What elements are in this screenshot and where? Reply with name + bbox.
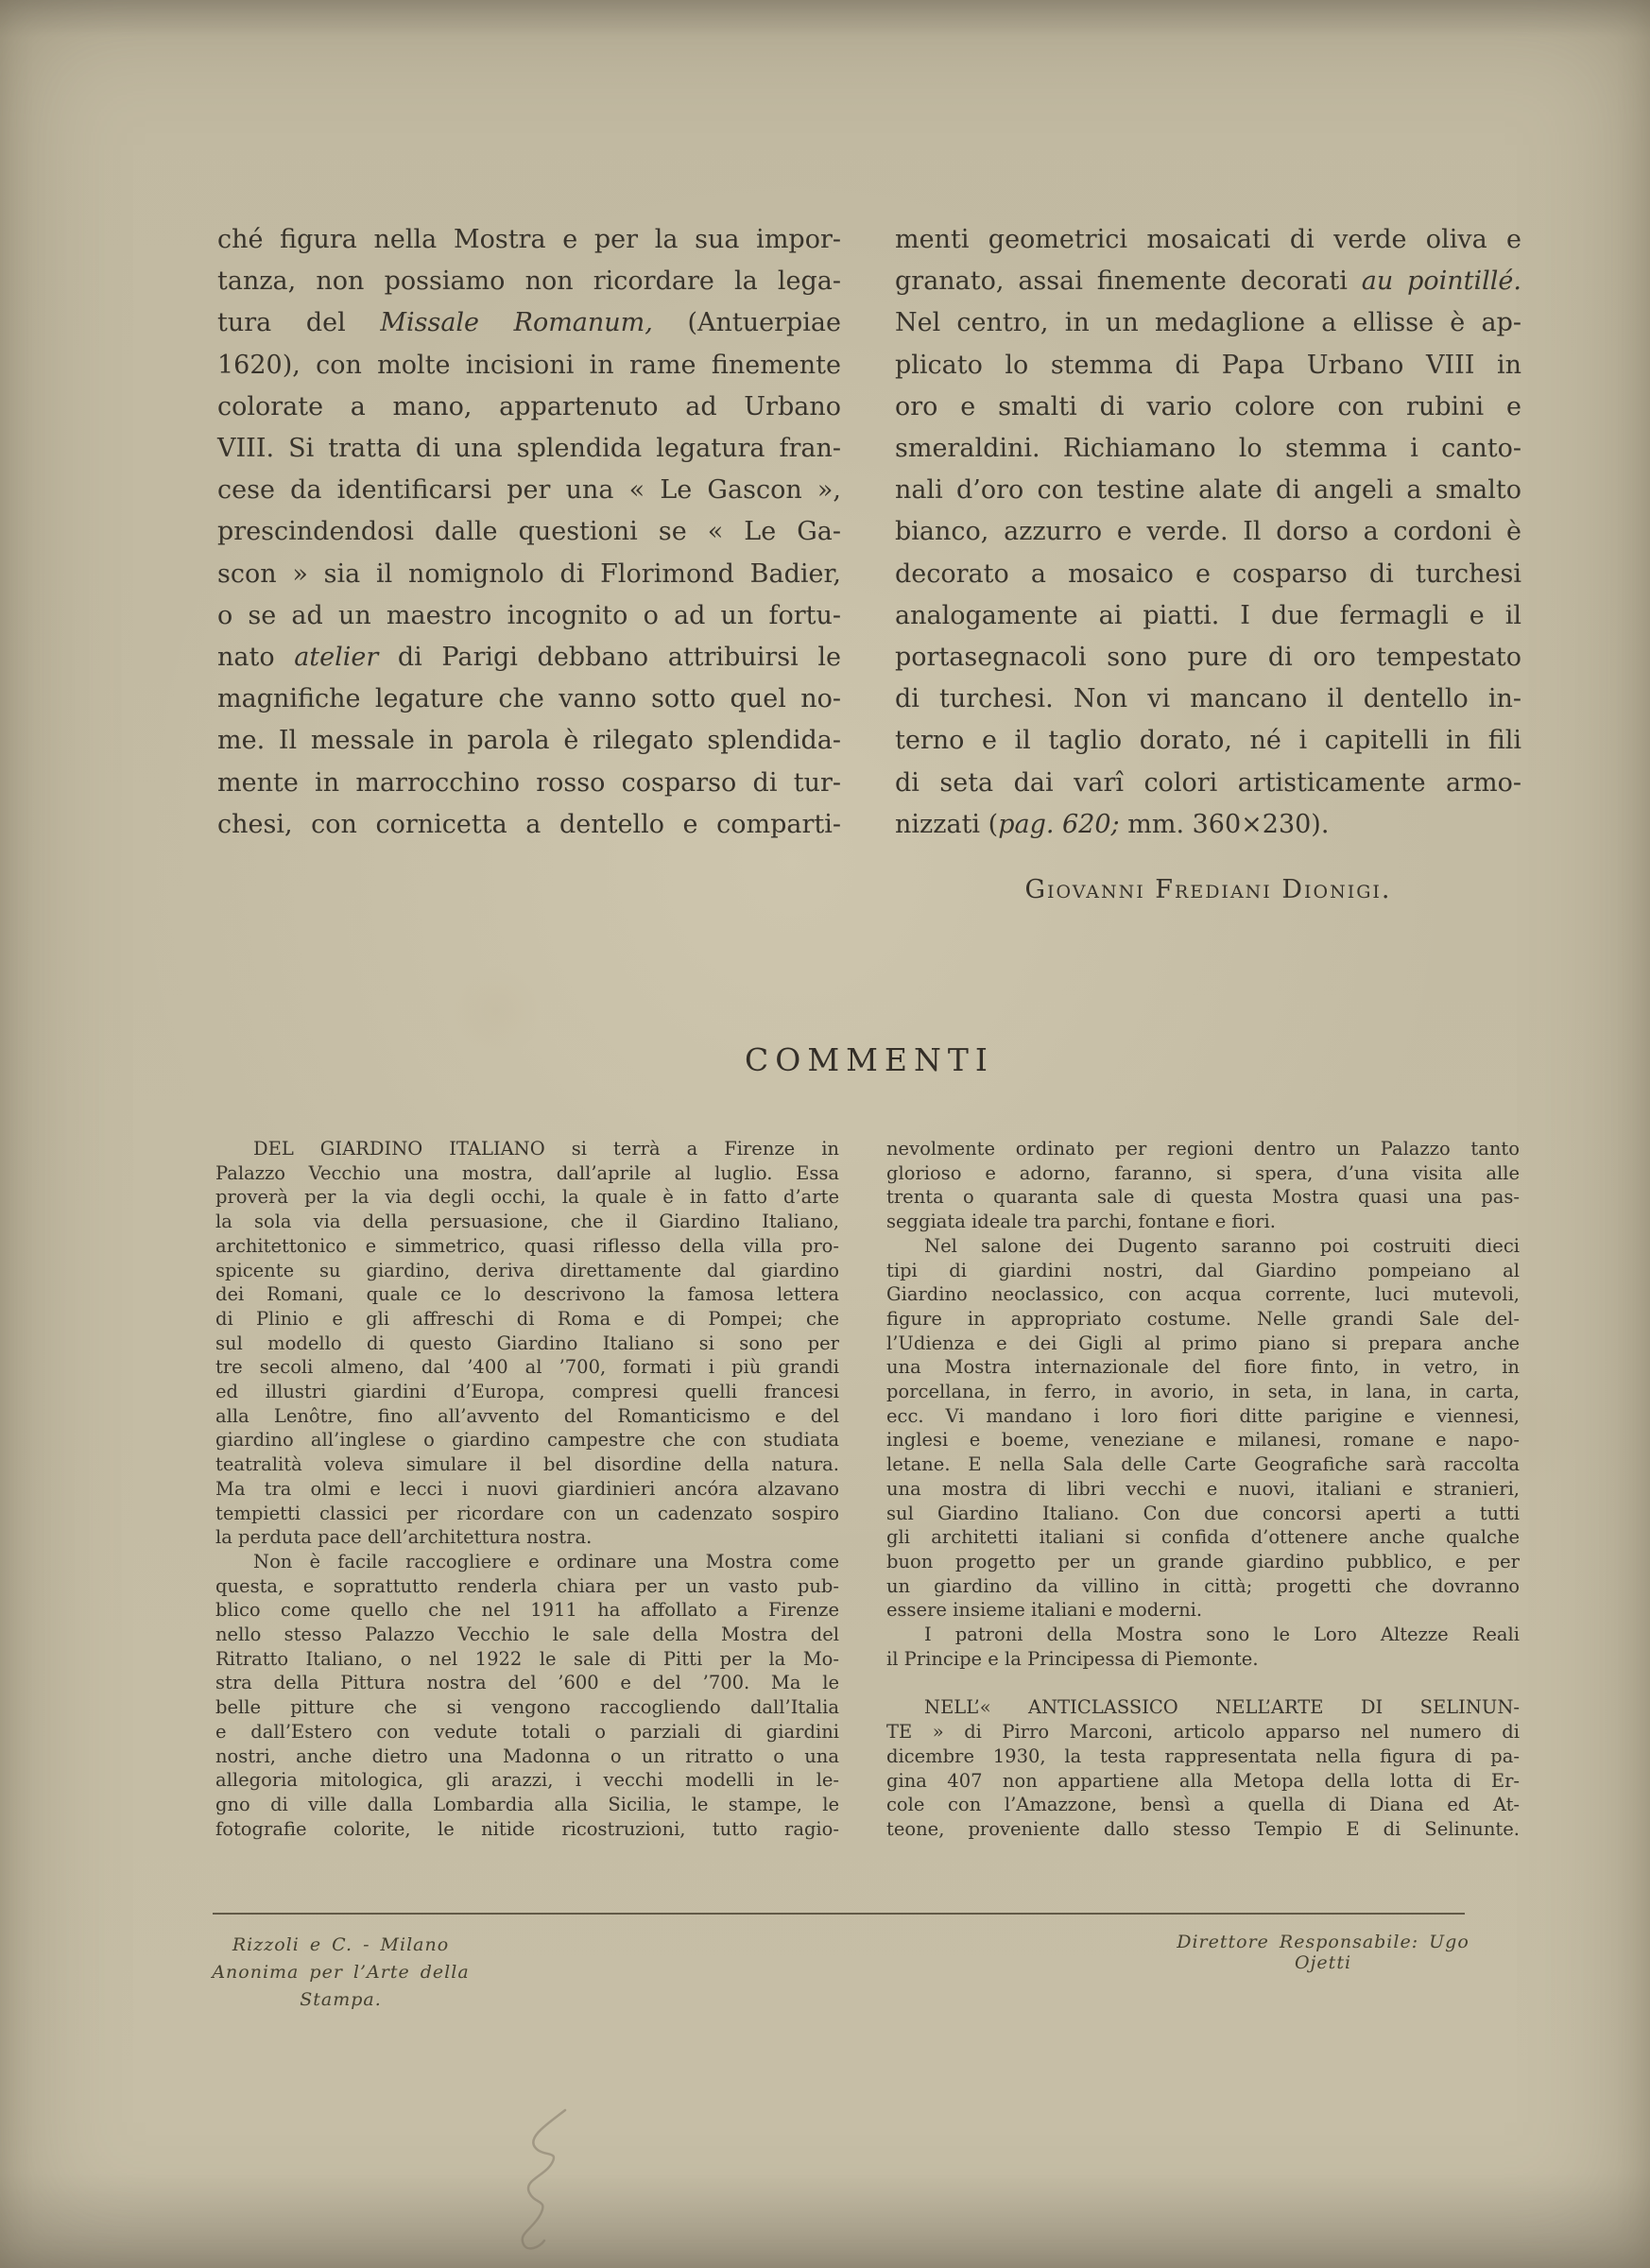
text-line: architettonico e simmetrico, quasi rifle…	[215, 1234, 839, 1259]
text-line: tanza, non possiamo non ricordare la leg…	[217, 261, 841, 302]
text-line: smeraldini. Richiamano lo stemma i canto…	[895, 428, 1521, 470]
text-line: dicembre 1930, la testa rappresentata ne…	[886, 1744, 1520, 1769]
commenti-left-column: DEL GIARDINO ITALIANO si terrà a Firenze…	[215, 1137, 839, 1841]
scanned-page: { "article": { "left_lines": [ {"t":"ché…	[0, 0, 1650, 2268]
text-line: 1620), con molte incisioni in rame finem…	[217, 345, 841, 387]
text-line: menti geometrici mosaicati di verde oliv…	[895, 219, 1521, 261]
text-line: ecc. Vi mandano i loro fiori ditte parig…	[886, 1404, 1520, 1429]
text-line: I patroni della Mostra sono le Loro Alte…	[886, 1623, 1520, 1647]
text-line: di turchesi. Non vi mancano il dentello …	[895, 679, 1521, 720]
text-line: stra della Pittura nostra del ’600 e del…	[215, 1671, 839, 1695]
text-line: o se ad un maestro incognito o ad un for…	[217, 595, 841, 637]
text-line: spicente su giardino, deriva direttament…	[215, 1259, 839, 1283]
text-line: Non è facile raccogliere e ordinare una …	[215, 1550, 839, 1574]
publisher-line: Rizzoli e C. - Milano	[206, 1932, 475, 1959]
text-line: Giardino neoclassico, con acqua corrente…	[886, 1282, 1520, 1307]
text-line: Nel centro, in un medaglione a ellisse è…	[895, 302, 1521, 344]
text-line: letane. E nella Sala delle Carte Geograf…	[886, 1452, 1520, 1477]
text-line: blico come quello che nel 1911 ha affoll…	[215, 1598, 839, 1623]
text-line: sul modello di questo Giardino Italiano …	[215, 1332, 839, 1356]
text-line: ché figura nella Mostra e per la sua imp…	[217, 219, 841, 261]
text-line: teone, proveniente dallo stesso Tempio E…	[886, 1817, 1520, 1842]
article-signature: Giovanni Frediani Dionigi.	[895, 875, 1521, 904]
text-line: prescindendosi dalle questioni se « Le G…	[217, 511, 841, 553]
text-line: giardino all’inglese o giardino campestr…	[215, 1428, 839, 1452]
text-line: nato atelier di Parigi debbano attribuir…	[217, 637, 841, 679]
article-left-column: ché figura nella Mostra e per la sua imp…	[217, 219, 841, 846]
text-line: dei Romani, quale ce lo descrivono la fa…	[215, 1282, 839, 1307]
text-line: di seta dai varî colori artisticamente a…	[895, 763, 1521, 804]
text-line: nevolmente ordinato per regioni dentro u…	[886, 1137, 1520, 1161]
text-line: gina 407 non appartiene alla Metopa dell…	[886, 1769, 1520, 1794]
text-line: TE » di Pirro Marconi, articolo apparso …	[886, 1720, 1520, 1744]
text-line: VIII. Si tratta di una splendida legatur…	[217, 428, 841, 470]
text-line: ed illustri giardini d’Europa, compresi …	[215, 1380, 839, 1404]
publisher-imprint: Rizzoli e C. - Milano Anonima per l’Arte…	[206, 1932, 475, 2014]
text-line: teatralità voleva simulare il bel disord…	[215, 1452, 839, 1477]
text-line: tipi di giardini nostri, dal Giardino po…	[886, 1259, 1520, 1283]
text-line: tre secoli almeno, dal ’400 al ’700, for…	[215, 1355, 839, 1380]
text-line: una mostra di libri vecchi e nuovi, ital…	[886, 1477, 1520, 1502]
text-line: magnifiche legature che vanno sotto quel…	[217, 679, 841, 720]
text-line: figure in appropriato costume. Nelle gra…	[886, 1307, 1520, 1332]
text-line: plicato lo stemma di Papa Urbano VIII in	[895, 345, 1521, 387]
text-line: DEL GIARDINO ITALIANO si terrà a Firenze…	[215, 1137, 839, 1161]
text-line: NELL’« ANTICLASSICO NELL’ARTE DI SELINUN…	[886, 1695, 1520, 1720]
text-line: nostri, anche dietro una Madonna o un ri…	[215, 1744, 839, 1769]
text-line: me. Il messale in parola è rilegato sple…	[217, 720, 841, 762]
text-line: Ritratto Italiano, o nel 1922 le sale di…	[215, 1647, 839, 1672]
text-line: trenta o quaranta sale di questa Mostra …	[886, 1185, 1520, 1210]
text-line: nizzati (pag. 620; mm. 360×230).	[895, 804, 1521, 846]
commenti-right-column: nevolmente ordinato per regioni dentro u…	[886, 1137, 1520, 1842]
text-line: cese da identificarsi per una « Le Gasco…	[217, 470, 841, 511]
text-line: belle pitture che si vengono raccogliend…	[215, 1695, 839, 1720]
text-line: un giardino da villino in città; progett…	[886, 1574, 1520, 1599]
article-right-column: menti geometrici mosaicati di verde oliv…	[895, 219, 1521, 846]
text-line: di Plinio e gli affreschi di Roma e di P…	[215, 1307, 839, 1332]
text-line: e dall’Estero con vedute totali o parzia…	[215, 1720, 839, 1744]
text-line: inglesi e boeme, veneziane e milanesi, r…	[886, 1428, 1520, 1452]
text-line: glorioso e adorno, faranno, si spera, d’…	[886, 1161, 1520, 1186]
text-line: terno e il taglio dorato, né i capitelli…	[895, 720, 1521, 762]
text-line: la sola via della persuasione, che il Gi…	[215, 1210, 839, 1234]
commenti-heading: COMMENTI	[217, 1041, 1521, 1078]
text-line: Palazzo Vecchio una mostra, dall’aprile …	[215, 1161, 839, 1186]
footer-rule	[213, 1913, 1465, 1915]
text-line: gno di ville dalla Lombardia alla Sicili…	[215, 1793, 839, 1817]
text-line: la perduta pace dell’architettura nostra…	[215, 1525, 839, 1550]
text-line: bianco, azzurro e verde. Il dorso a cord…	[895, 511, 1521, 553]
publisher-line: Anonima per l’Arte della Stampa.	[206, 1959, 475, 2014]
text-line: tura del Missale Romanum, (Antuerpiae	[217, 302, 841, 344]
text-line: Ma tra olmi e lecci i nuovi giardinieri …	[215, 1477, 839, 1502]
text-line: chesi, con cornicetta a dentello e compa…	[217, 804, 841, 846]
text-line: scon » sia il nomignolo di Florimond Bad…	[217, 554, 841, 595]
text-line: buon progetto per un grande giardino pub…	[886, 1550, 1520, 1574]
text-line: mente in marrocchino rosso cosparso di t…	[217, 763, 841, 804]
pencil-mark	[491, 2103, 595, 2263]
text-line: fotografie colorite, le nitide ricostruz…	[215, 1817, 839, 1842]
text-line: essere insieme italiani e moderni.	[886, 1598, 1520, 1623]
text-line: porcellana, in ferro, in avorio, in seta…	[886, 1380, 1520, 1404]
text-line: questa, e soprattutto renderla chiara pe…	[215, 1574, 839, 1599]
text-line: portasegnacoli sono pure di oro tempesta…	[895, 637, 1521, 679]
text-line: sul Giardino Italiano. Con due concorsi …	[886, 1502, 1520, 1526]
text-line: decorato a mosaico e cosparso di turches…	[895, 554, 1521, 595]
text-line: Nel salone dei Dugento saranno poi costr…	[886, 1234, 1520, 1259]
director-credit: Direttore Responsabile: Ugo Ojetti	[1162, 1932, 1484, 1973]
text-line: l’Udienza e dei Gigli al primo piano si …	[886, 1332, 1520, 1356]
text-line: proverà per la via degli occhi, la quale…	[215, 1185, 839, 1210]
text-line: una Mostra internazionale del fiore fint…	[886, 1355, 1520, 1380]
text-line: nello stesso Palazzo Vecchio le sale del…	[215, 1623, 839, 1647]
text-line: granato, assai finemente decorati au poi…	[895, 261, 1521, 302]
text-line: oro e smalti di vario colore con rubini …	[895, 387, 1521, 428]
text-line: alla Lenôtre, fino all’avvento del Roman…	[215, 1404, 839, 1429]
text-line: nali d’oro con testine alate di angeli a…	[895, 470, 1521, 511]
text-line: cole con l’Amazzone, bensì a quella di D…	[886, 1793, 1520, 1817]
text-line: seggiata ideale tra parchi, fontane e fi…	[886, 1210, 1520, 1234]
text-line: analogamente ai piatti. I due fermagli e…	[895, 595, 1521, 637]
text-line: gli architetti italiani si confida d’ott…	[886, 1525, 1520, 1550]
text-line: il Principe e la Principessa di Piemonte…	[886, 1647, 1520, 1672]
text-line: allegoria mitologica, gli arazzi, i vecc…	[215, 1768, 839, 1793]
text-line: colorate a mano, appartenuto ad Urbano	[217, 387, 841, 428]
text-line: tempietti classici per ricordare con un …	[215, 1502, 839, 1526]
